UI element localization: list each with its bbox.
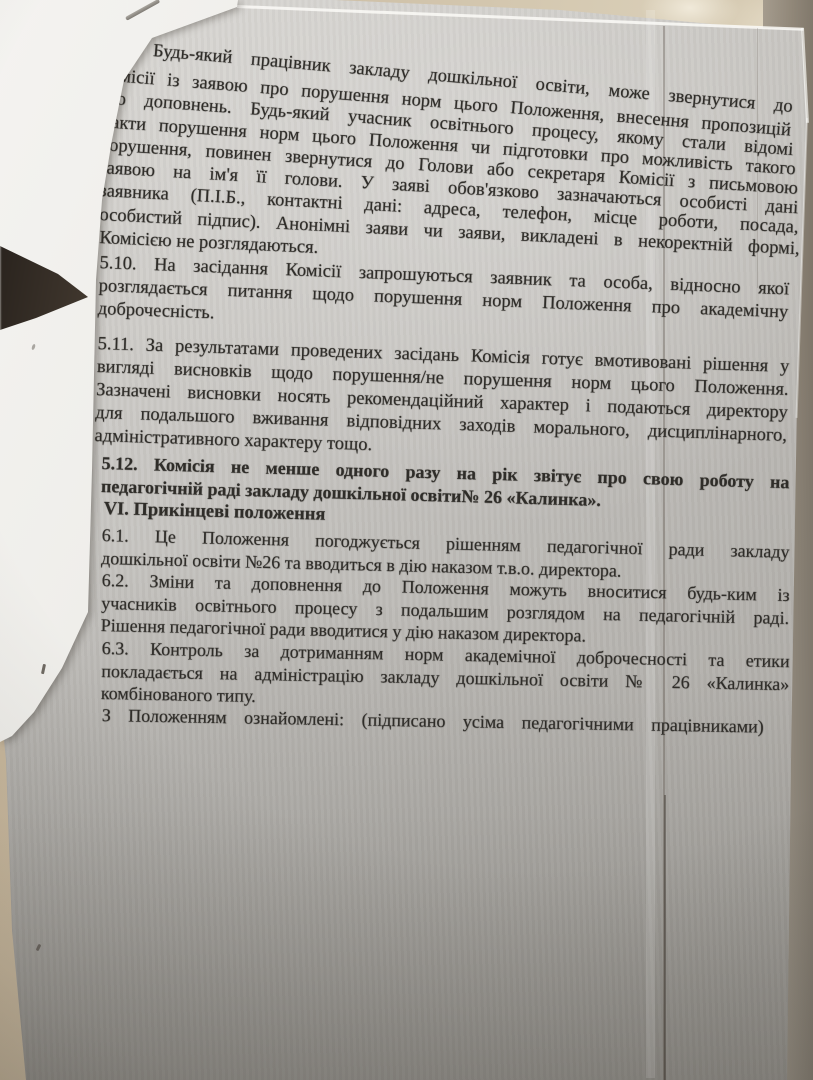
overlapping-sheet-wrap [0,0,813,1080]
overlapping-sheet [0,0,813,1080]
